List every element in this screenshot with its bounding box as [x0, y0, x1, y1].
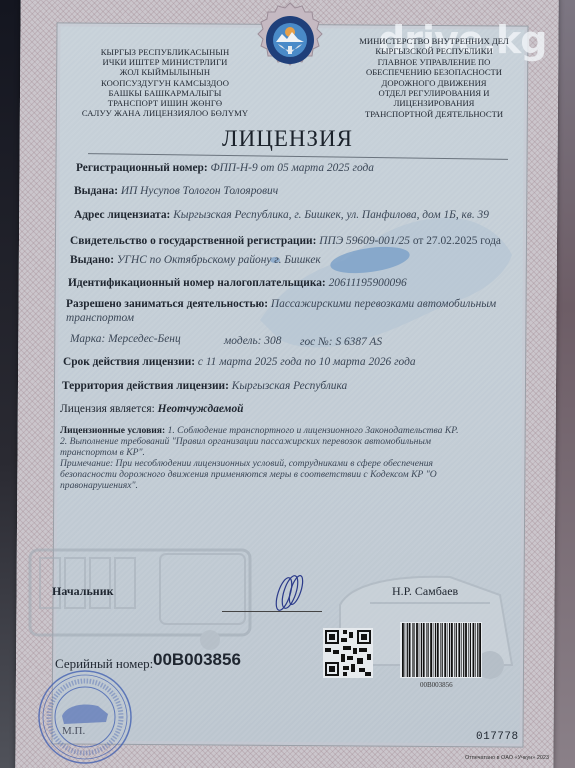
field-label: Лицензия является:: [60, 403, 155, 415]
field-value-sep: от: [413, 235, 424, 247]
blank-counter-number: 017778: [476, 731, 519, 743]
barcode[interactable]: [400, 622, 482, 678]
field-label: Идентификационный номер налогоплательщик…: [68, 277, 326, 289]
field-value-date: 27.02.2025 года: [426, 235, 501, 247]
conditions-label: Лицензионные условия:: [60, 425, 165, 436]
field-label: Срок действия лицензии:: [63, 356, 195, 368]
state-registration-field: Свидетельство о государственной регистра…: [70, 235, 501, 247]
taxpayer-id-field: Идентификационный номер налогоплательщик…: [68, 277, 407, 289]
field-label: Выдана:: [74, 185, 118, 197]
field-label: Выдано:: [70, 254, 114, 266]
header-line: САЛУУ ЖАНА ЛИЦЕНЗИЯЛОО БӨЛҮМҮ: [60, 108, 270, 118]
field-label: Регистрационный номер:: [76, 162, 208, 174]
field-value: 20611195900096: [329, 277, 407, 289]
licensee-address-field: Адрес лицензиата: Кыргызская Республика,…: [74, 209, 489, 221]
condition-item: 2. Выполнение требований "Правил организ…: [60, 436, 431, 458]
vehicle-make: Мерседес-Бенц: [108, 333, 181, 345]
header-line: ОТДЕЛ РЕГУЛИРОВАНИЯ И: [345, 88, 523, 98]
header-line: БАШКЫ БАШКАРМАЛЫГЫ: [60, 88, 270, 98]
header-issuer-kyrgyz: КЫРГЫЗ РЕСПУБЛИКАСЫНЫН ИЧКИ ИШТЕР МИНИСТ…: [60, 47, 270, 118]
vehicle-field: Марка: Мерседес-Бенц: [70, 333, 181, 345]
permitted-activity-continued: транспортом: [66, 312, 134, 324]
field-value: ФПП-Н-9 от 05 марта 2025 года: [211, 162, 374, 174]
vehicle-model-label: модель:: [224, 335, 261, 347]
header-line: ГЛАВНОЕ УПРАВЛЕНИЕ ПО: [345, 57, 523, 67]
header-line: КЫРГЫЗ РЕСПУБЛИКАСЫНЫН: [60, 47, 270, 57]
field-value: Кыргызская Республика: [232, 380, 347, 392]
conditions-note: Примечание: При несоблюдении лицензионны…: [60, 458, 437, 491]
signature-icon: [270, 570, 310, 614]
alienability-field: Лицензия является: Неотчуждаемой: [60, 403, 244, 415]
validity-period-field: Срок действия лицензии: с 11 марта 2025 …: [63, 356, 416, 368]
issued-by-field: Выдано: УГНС по Октябрьскому району г. Б…: [70, 254, 321, 266]
vehicle-make-label: Марка:: [70, 333, 105, 345]
vehicle-model-field: модель: 308: [224, 335, 281, 347]
qr-code[interactable]: [323, 628, 373, 678]
header-line: ТРАНСПОРТНОЙ ДЕЯТЕЛЬНОСТИ: [345, 109, 523, 119]
field-label: Адрес лицензиата:: [74, 209, 170, 221]
stamp-place-label: М.П.: [62, 725, 85, 737]
field-value: с 11 марта 2025 года по 10 марта 2026 го…: [198, 356, 416, 368]
vehicle-plate-label: гос №:: [300, 336, 333, 348]
field-value: УГНС по Октябрьскому району г. Бишкек: [117, 254, 321, 266]
condition-item: 1. Соблюдение транспортного и лицензионн…: [168, 425, 459, 436]
serial-number-value: 00B003856: [153, 650, 241, 670]
barcode-number: 00B003856: [420, 681, 453, 689]
field-value: ИП Нусупов Тологон Толоярович: [121, 185, 278, 197]
vehicle-model: 308: [264, 335, 281, 347]
header-line: ОБЕСПЕЧЕНИЮ БЕЗОПАСНОСТИ: [345, 67, 523, 77]
field-value: транспортом: [66, 312, 134, 324]
header-line: КООПСУЗДУГУН КАМСЫЗДОО: [60, 78, 270, 88]
printer-note: Отпечатано в ОАО «Учкун» 2023: [465, 755, 549, 761]
field-value: Кыргызская Республика, г. Бишкек, ул. Па…: [173, 209, 489, 221]
field-value: Пассажирскими перевозками автомобильным: [271, 298, 496, 310]
license-conditions: Лицензионные условия: 1. Соблюдение тран…: [60, 425, 480, 491]
signatory-name: Н.Р. Самбаев: [392, 584, 458, 599]
vehicle-plate-field: гос №: S 6387 AS: [300, 336, 382, 348]
territory-field: Территория действия лицензии: Кыргызская…: [62, 380, 347, 392]
header-line: ИЧКИ ИШТЕР МИНИСТРЛИГИ: [60, 57, 270, 67]
official-stamp-icon: [36, 668, 134, 766]
issued-to-field: Выдана: ИП Нусупов Тологон Толоярович: [74, 185, 278, 197]
header-line: ЖОЛ КЫЙМЫЛЫНЫН: [60, 67, 270, 77]
field-label: Разрешено заниматься деятельностью:: [66, 298, 268, 310]
document-title: ЛИЦЕНЗИЯ: [0, 126, 575, 152]
field-value: ППЭ 59609-001/25: [319, 235, 410, 247]
header-line: ДОРОЖНОГО ДВИЖЕНИЯ: [345, 78, 523, 88]
header-line: КЫРГЫЗСКОЙ РЕСПУБЛИКИ: [345, 46, 523, 56]
registration-number-field: Регистрационный номер: ФПП-Н-9 от 05 мар…: [76, 162, 374, 174]
header-issuer-russian: МИНИСТЕРСТВО ВНУТРЕННИХ ДЕЛ КЫРГЫЗСКОЙ Р…: [345, 36, 523, 119]
field-label: Свидетельство о государственной регистра…: [70, 235, 316, 247]
signatory-position: Начальник: [52, 584, 114, 599]
field-label: Территория действия лицензии:: [62, 380, 229, 392]
vehicle-plate: S 6387 AS: [335, 336, 382, 348]
header-line: МИНИСТЕРСТВО ВНУТРЕННИХ ДЕЛ: [345, 36, 523, 46]
header-line: ЛИЦЕНЗИРОВАНИЯ: [345, 98, 523, 108]
permitted-activity-field: Разрешено заниматься деятельностью: Пасс…: [66, 298, 496, 310]
field-value: Неотчуждаемой: [158, 403, 244, 415]
header-line: ТРАНСПОРТ ИШИН ЖӨНГӨ: [60, 98, 270, 108]
bus-watermark: [0, 540, 300, 650]
